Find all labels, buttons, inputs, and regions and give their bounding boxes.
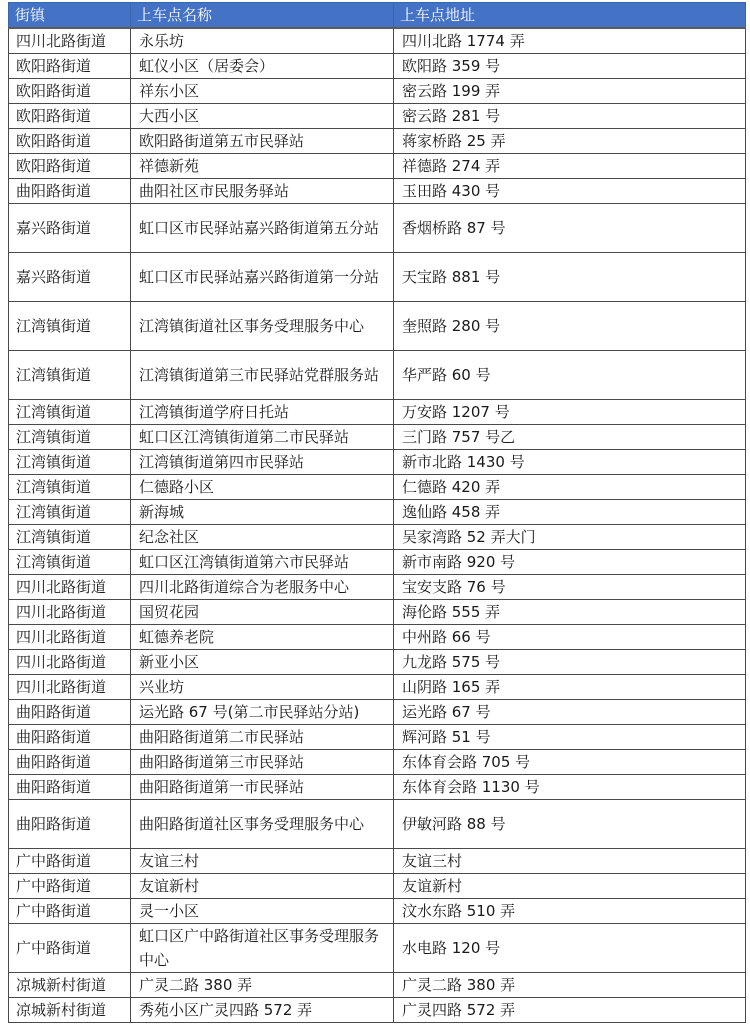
cell-pickup-name: 灵一小区 xyxy=(131,899,394,924)
cell-street: 四川北路街道 xyxy=(9,575,131,600)
table-row: 曲阳路街道曲阳路街道第一市民驿站东体育会路 1130 号 xyxy=(9,775,746,800)
table-row: 四川北路街道虹德养老院中州路 66 号 xyxy=(9,625,746,650)
cell-street: 广中路街道 xyxy=(9,899,131,924)
cell-pickup-address: 玉田路 430 号 xyxy=(394,179,746,204)
cell-pickup-name: 四川北路街道综合为老服务中心 xyxy=(131,575,394,600)
cell-pickup-name: 国贸花园 xyxy=(131,600,394,625)
table-row: 江湾镇街道新海城逸仙路 458 弄 xyxy=(9,500,746,525)
cell-pickup-name: 兴业坊 xyxy=(131,675,394,700)
cell-street: 欧阳路街道 xyxy=(9,154,131,179)
cell-street: 曲阳路街道 xyxy=(9,725,131,750)
table-row: 四川北路街道永乐坊四川北路 1774 弄 xyxy=(9,28,746,54)
table-header-row: 街镇 上车点名称 上车点地址 xyxy=(9,3,746,29)
table-row: 江湾镇街道江湾镇街道第四市民驿站新市北路 1430 号 xyxy=(9,450,746,475)
table-row: 江湾镇街道江湾镇街道学府日托站万安路 1207 号 xyxy=(9,400,746,425)
cell-street: 欧阳路街道 xyxy=(9,104,131,129)
cell-pickup-name: 曲阳路街道第三市民驿站 xyxy=(131,750,394,775)
table-row: 凉城新村街道广灵二路 380 弄广灵二路 380 弄 xyxy=(9,973,746,998)
cell-pickup-address: 新市南路 920 号 xyxy=(394,550,746,575)
cell-street: 曲阳路街道 xyxy=(9,179,131,204)
cell-pickup-address: 天宝路 881 号 xyxy=(394,253,746,302)
table-row: 江湾镇街道虹口区江湾镇街道第六市民驿站新市南路 920 号 xyxy=(9,550,746,575)
cell-pickup-name: 曲阳路街道第二市民驿站 xyxy=(131,725,394,750)
table-row: 四川北路街道兴业坊山阴路 165 弄 xyxy=(9,675,746,700)
cell-pickup-name: 新亚小区 xyxy=(131,650,394,675)
cell-pickup-name: 虹德养老院 xyxy=(131,625,394,650)
cell-pickup-address: 水电路 120 号 xyxy=(394,924,746,973)
cell-pickup-name: 虹仪小区（居委会） xyxy=(131,54,394,79)
cell-pickup-address: 四川北路 1774 弄 xyxy=(394,28,746,54)
cell-street: 凉城新村街道 xyxy=(9,973,131,998)
cell-street: 四川北路街道 xyxy=(9,625,131,650)
table-row: 四川北路街道四川北路街道综合为老服务中心宝安支路 76 号 xyxy=(9,575,746,600)
table-row: 四川北路街道国贸花园海伦路 555 弄 xyxy=(9,600,746,625)
table-row: 欧阳路街道虹仪小区（居委会）欧阳路 359 号 xyxy=(9,54,746,79)
cell-street: 曲阳路街道 xyxy=(9,700,131,725)
cell-pickup-address: 新市北路 1430 号 xyxy=(394,450,746,475)
cell-street: 四川北路街道 xyxy=(9,600,131,625)
cell-street: 江湾镇街道 xyxy=(9,425,131,450)
cell-pickup-address: 三门路 757 号乙 xyxy=(394,425,746,450)
cell-street: 欧阳路街道 xyxy=(9,129,131,154)
cell-street: 曲阳路街道 xyxy=(9,750,131,775)
table-row: 江湾镇街道虹口区江湾镇街道第二市民驿站三门路 757 号乙 xyxy=(9,425,746,450)
cell-pickup-name: 曲阳路街道社区事务受理服务中心 xyxy=(131,800,394,849)
cell-pickup-address: 密云路 281 号 xyxy=(394,104,746,129)
cell-pickup-address: 东体育会路 705 号 xyxy=(394,750,746,775)
table-row: 四川北路街道新亚小区九龙路 575 号 xyxy=(9,650,746,675)
table-row: 嘉兴路街道虹口区市民驿站嘉兴路街道第一分站天宝路 881 号 xyxy=(9,253,746,302)
header-pickup-name: 上车点名称 xyxy=(131,3,394,29)
cell-pickup-address: 欧阳路 359 号 xyxy=(394,54,746,79)
table-row: 广中路街道灵一小区汶水东路 510 弄 xyxy=(9,899,746,924)
cell-pickup-name: 大西小区 xyxy=(131,104,394,129)
cell-pickup-address: 中州路 66 号 xyxy=(394,625,746,650)
pickup-points-table-container: 街镇 上车点名称 上车点地址 四川北路街道永乐坊四川北路 1774 弄 欧阳路街… xyxy=(8,2,745,1023)
cell-street: 江湾镇街道 xyxy=(9,302,131,351)
cell-pickup-address: 吴家湾路 52 弄大门 xyxy=(394,525,746,550)
cell-pickup-address: 山阴路 165 弄 xyxy=(394,675,746,700)
table-row: 曲阳路街道曲阳路街道第二市民驿站辉河路 51 号 xyxy=(9,725,746,750)
cell-pickup-name: 友谊新村 xyxy=(131,874,394,899)
cell-pickup-name: 纪念社区 xyxy=(131,525,394,550)
cell-pickup-address: 密云路 199 弄 xyxy=(394,79,746,104)
table-body: 四川北路街道永乐坊四川北路 1774 弄 欧阳路街道虹仪小区（居委会）欧阳路 3… xyxy=(9,28,746,1023)
cell-street: 江湾镇街道 xyxy=(9,400,131,425)
cell-pickup-address: 辉河路 51 号 xyxy=(394,725,746,750)
cell-street: 曲阳路街道 xyxy=(9,800,131,849)
table-row: 曲阳路街道曲阳路街道第三市民驿站东体育会路 705 号 xyxy=(9,750,746,775)
cell-pickup-address: 海伦路 555 弄 xyxy=(394,600,746,625)
cell-pickup-address: 宝安支路 76 号 xyxy=(394,575,746,600)
cell-pickup-name: 广灵二路 380 弄 xyxy=(131,973,394,998)
cell-pickup-name: 欧阳路街道第五市民驿站 xyxy=(131,129,394,154)
cell-pickup-name: 江湾镇街道第四市民驿站 xyxy=(131,450,394,475)
cell-street: 江湾镇街道 xyxy=(9,500,131,525)
table-row: 江湾镇街道江湾镇街道第三市民驿站党群服务站华严路 60 号 xyxy=(9,351,746,400)
cell-street: 曲阳路街道 xyxy=(9,775,131,800)
table-row: 广中路街道友谊三村友谊三村 xyxy=(9,849,746,874)
table-row: 嘉兴路街道虹口区市民驿站嘉兴路街道第五分站香烟桥路 87 号 xyxy=(9,204,746,253)
table-row: 欧阳路街道欧阳路街道第五市民驿站蒋家桥路 25 弄 xyxy=(9,129,746,154)
pickup-points-table: 街镇 上车点名称 上车点地址 四川北路街道永乐坊四川北路 1774 弄 欧阳路街… xyxy=(8,2,746,1023)
cell-street: 欧阳路街道 xyxy=(9,54,131,79)
cell-pickup-name: 虹口区市民驿站嘉兴路街道第五分站 xyxy=(131,204,394,253)
table-row: 曲阳路街道曲阳路街道社区事务受理服务中心伊敏河路 88 号 xyxy=(9,800,746,849)
table-row: 欧阳路街道祥东小区密云路 199 弄 xyxy=(9,79,746,104)
cell-pickup-address: 逸仙路 458 弄 xyxy=(394,500,746,525)
header-street: 街镇 xyxy=(9,3,131,29)
cell-pickup-address: 九龙路 575 号 xyxy=(394,650,746,675)
cell-street: 江湾镇街道 xyxy=(9,450,131,475)
cell-pickup-address: 伊敏河路 88 号 xyxy=(394,800,746,849)
cell-pickup-address: 祥德路 274 弄 xyxy=(394,154,746,179)
cell-pickup-address: 友谊三村 xyxy=(394,849,746,874)
cell-street: 嘉兴路街道 xyxy=(9,204,131,253)
cell-pickup-name: 虹口区江湾镇街道第二市民驿站 xyxy=(131,425,394,450)
table-row: 广中路街道友谊新村友谊新村 xyxy=(9,874,746,899)
table-row: 凉城新村街道秀苑小区广灵四路 572 弄广灵四路 572 弄 xyxy=(9,998,746,1023)
cell-pickup-address: 香烟桥路 87 号 xyxy=(394,204,746,253)
cell-street: 江湾镇街道 xyxy=(9,550,131,575)
cell-street: 江湾镇街道 xyxy=(9,351,131,400)
cell-pickup-name: 永乐坊 xyxy=(131,28,394,54)
table-row: 欧阳路街道大西小区密云路 281 号 xyxy=(9,104,746,129)
cell-pickup-name: 江湾镇街道学府日托站 xyxy=(131,400,394,425)
cell-street: 江湾镇街道 xyxy=(9,525,131,550)
cell-pickup-address: 汶水东路 510 弄 xyxy=(394,899,746,924)
cell-pickup-name: 曲阳社区市民服务驿站 xyxy=(131,179,394,204)
cell-street: 广中路街道 xyxy=(9,849,131,874)
cell-street: 欧阳路街道 xyxy=(9,79,131,104)
cell-pickup-address: 蒋家桥路 25 弄 xyxy=(394,129,746,154)
cell-pickup-name: 虹口区市民驿站嘉兴路街道第一分站 xyxy=(131,253,394,302)
table-row: 江湾镇街道纪念社区吴家湾路 52 弄大门 xyxy=(9,525,746,550)
cell-pickup-name: 曲阳路街道第一市民驿站 xyxy=(131,775,394,800)
cell-pickup-name: 新海城 xyxy=(131,500,394,525)
cell-pickup-name: 友谊三村 xyxy=(131,849,394,874)
cell-street: 四川北路街道 xyxy=(9,650,131,675)
cell-pickup-address: 万安路 1207 号 xyxy=(394,400,746,425)
table-row: 曲阳路街道运光路 67 号(第二市民驿站分站)运光路 67 号 xyxy=(9,700,746,725)
cell-pickup-address: 东体育会路 1130 号 xyxy=(394,775,746,800)
header-pickup-address: 上车点地址 xyxy=(394,3,746,29)
cell-pickup-name: 祥东小区 xyxy=(131,79,394,104)
cell-pickup-name: 祥德新苑 xyxy=(131,154,394,179)
cell-street: 四川北路街道 xyxy=(9,675,131,700)
table-row: 曲阳路街道曲阳社区市民服务驿站玉田路 430 号 xyxy=(9,179,746,204)
cell-pickup-name: 江湾镇街道社区事务受理服务中心 xyxy=(131,302,394,351)
cell-pickup-name: 虹口区江湾镇街道第六市民驿站 xyxy=(131,550,394,575)
cell-street: 四川北路街道 xyxy=(9,28,131,54)
cell-pickup-address: 仁德路 420 弄 xyxy=(394,475,746,500)
cell-pickup-address: 奎照路 280 号 xyxy=(394,302,746,351)
cell-street: 广中路街道 xyxy=(9,924,131,973)
cell-street: 广中路街道 xyxy=(9,874,131,899)
cell-pickup-address: 友谊新村 xyxy=(394,874,746,899)
cell-pickup-name: 虹口区广中路街道社区事务受理服务中心 xyxy=(131,924,394,973)
cell-street: 嘉兴路街道 xyxy=(9,253,131,302)
cell-street: 江湾镇街道 xyxy=(9,475,131,500)
cell-pickup-name: 仁德路小区 xyxy=(131,475,394,500)
cell-pickup-address: 运光路 67 号 xyxy=(394,700,746,725)
cell-pickup-name: 运光路 67 号(第二市民驿站分站) xyxy=(131,700,394,725)
table-row: 江湾镇街道江湾镇街道社区事务受理服务中心奎照路 280 号 xyxy=(9,302,746,351)
cell-pickup-name: 秀苑小区广灵四路 572 弄 xyxy=(131,998,394,1023)
table-row: 江湾镇街道仁德路小区仁德路 420 弄 xyxy=(9,475,746,500)
cell-pickup-address: 广灵四路 572 弄 xyxy=(394,998,746,1023)
table-row: 广中路街道虹口区广中路街道社区事务受理服务中心水电路 120 号 xyxy=(9,924,746,973)
cell-street: 凉城新村街道 xyxy=(9,998,131,1023)
cell-pickup-name: 江湾镇街道第三市民驿站党群服务站 xyxy=(131,351,394,400)
cell-pickup-address: 华严路 60 号 xyxy=(394,351,746,400)
table-row: 欧阳路街道祥德新苑祥德路 274 弄 xyxy=(9,154,746,179)
cell-pickup-address: 广灵二路 380 弄 xyxy=(394,973,746,998)
